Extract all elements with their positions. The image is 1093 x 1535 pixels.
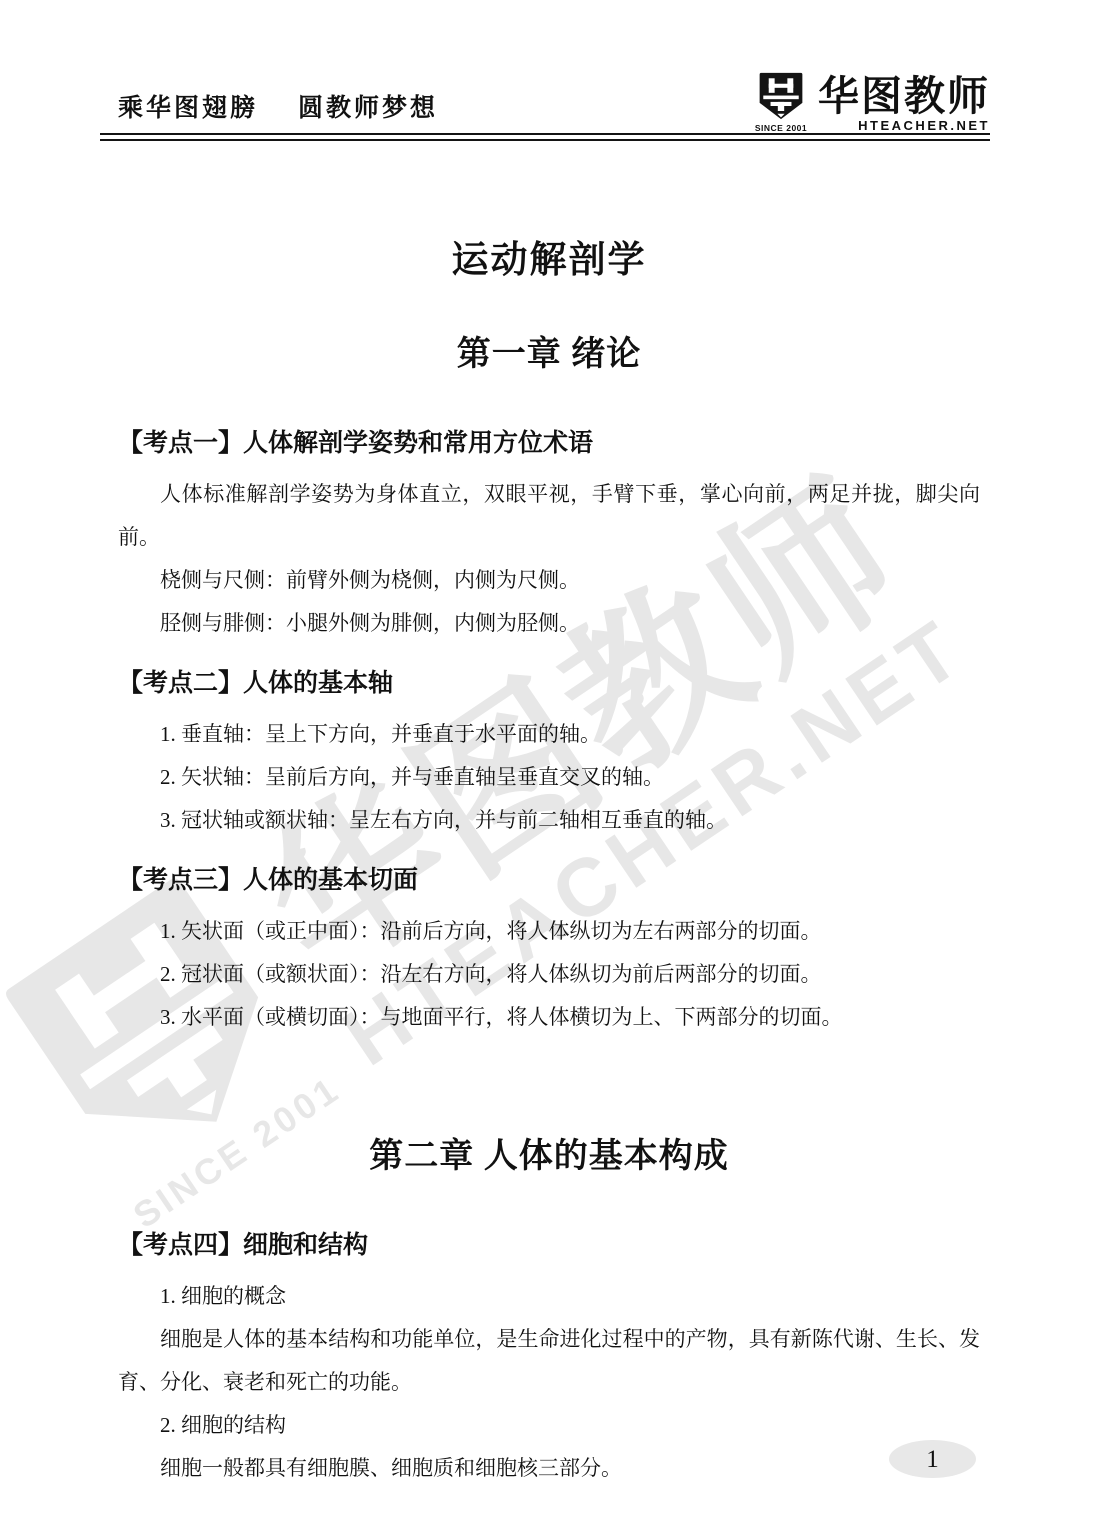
brand-logo-shield-column: SINCE 2001 (755, 71, 807, 133)
brand-since-label: SINCE 2001 (755, 124, 807, 133)
list-item: 2. 冠状面（或额状面）：沿左右方向，将人体纵切为前后两部分的切面。 (118, 953, 980, 996)
chapter-2-title: 第二章 人体的基本构成 (118, 1137, 980, 1176)
header-slogan: 乘华图翅膀圆教师梦想 (118, 88, 438, 132)
list-item: 2. 细胞的结构 (118, 1404, 980, 1447)
document-page: SINCE 2001 华图教师 HTEACHER.NET 乘华图翅膀圆教师梦想 (0, 0, 1093, 1535)
section-heading-kaodian-3: 【考点三】人体的基本切面 (118, 865, 980, 895)
list-item: 3. 水平面（或横切面）：与地面平行，将人体横切为上、下两部分的切面。 (118, 996, 980, 1039)
paragraph: 胫侧与腓侧：小腿外侧为腓侧，内侧为胫侧。 (118, 602, 980, 645)
chapter-1-title: 第一章 绪论 (118, 335, 980, 374)
brand-logo-text-column: 华图教师 HTEACHER.NET (818, 76, 990, 132)
section-heading-kaodian-1: 【考点一】人体解剖学姿势和常用方位术语 (118, 428, 980, 458)
list-item: 1. 垂直轴：呈上下方向，并垂直于水平面的轴。 (118, 713, 980, 756)
paragraph: 细胞一般都具有细胞膜、细胞质和细胞核三部分。 (118, 1447, 980, 1490)
huatu-shield-icon (758, 71, 804, 121)
list-item: 1. 矢状面（或正中面）：沿前后方向，将人体纵切为左右两部分的切面。 (118, 910, 980, 953)
section-body-kaodian-4: 1. 细胞的概念 细胞是人体的基本结构和功能单位，是生命进化过程中的产物，具有新… (118, 1275, 980, 1490)
section-body-kaodian-2: 1. 垂直轴：呈上下方向，并垂直于水平面的轴。 2. 矢状轴：呈前后方向，并与垂… (118, 713, 980, 842)
brand-logo: SINCE 2001 华图教师 HTEACHER.NET (755, 71, 990, 133)
document-content: 运动解剖学 第一章 绪论 【考点一】人体解剖学姿势和常用方位术语 人体标准解剖学… (118, 239, 980, 1490)
header-slogan-right: 圆教师梦想 (298, 95, 438, 122)
list-item: 3. 冠状轴或额状轴：呈左右方向，并与前二轴相互垂直的轴。 (118, 799, 980, 842)
paragraph: 桡侧与尺侧：前臂外侧为桡侧，内侧为尺侧。 (118, 559, 980, 602)
page-number: 1 (926, 1447, 939, 1472)
page-number-badge: 1 (889, 1440, 976, 1478)
section-body-kaodian-3: 1. 矢状面（或正中面）：沿前后方向，将人体纵切为左右两部分的切面。 2. 冠状… (118, 910, 980, 1039)
paragraph: 人体标准解剖学姿势为身体直立，双眼平视，手臂下垂，掌心向前，两足并拢，脚尖向前。 (118, 473, 980, 559)
list-item: 1. 细胞的概念 (118, 1275, 980, 1318)
section-heading-kaodian-2: 【考点二】人体的基本轴 (118, 668, 980, 698)
list-item: 2. 矢状轴：呈前后方向，并与垂直轴呈垂直交叉的轴。 (118, 756, 980, 799)
brand-name-cn: 华图教师 (818, 76, 990, 117)
brand-name-en: HTEACHER.NET (858, 119, 990, 132)
header-slogan-left: 乘华图翅膀 (118, 95, 258, 122)
header-double-rule (100, 133, 990, 141)
section-body-kaodian-1: 人体标准解剖学姿势为身体直立，双眼平视，手臂下垂，掌心向前，两足并拢，脚尖向前。… (118, 473, 980, 645)
section-heading-kaodian-4: 【考点四】细胞和结构 (118, 1230, 980, 1260)
page-header: 乘华图翅膀圆教师梦想 SINCE 2001 华图教师 HTEACHER.NET (100, 60, 990, 132)
document-title: 运动解剖学 (118, 239, 980, 282)
paragraph: 细胞是人体的基本结构和功能单位，是生命进化过程中的产物，具有新陈代谢、生长、发育… (118, 1318, 980, 1404)
